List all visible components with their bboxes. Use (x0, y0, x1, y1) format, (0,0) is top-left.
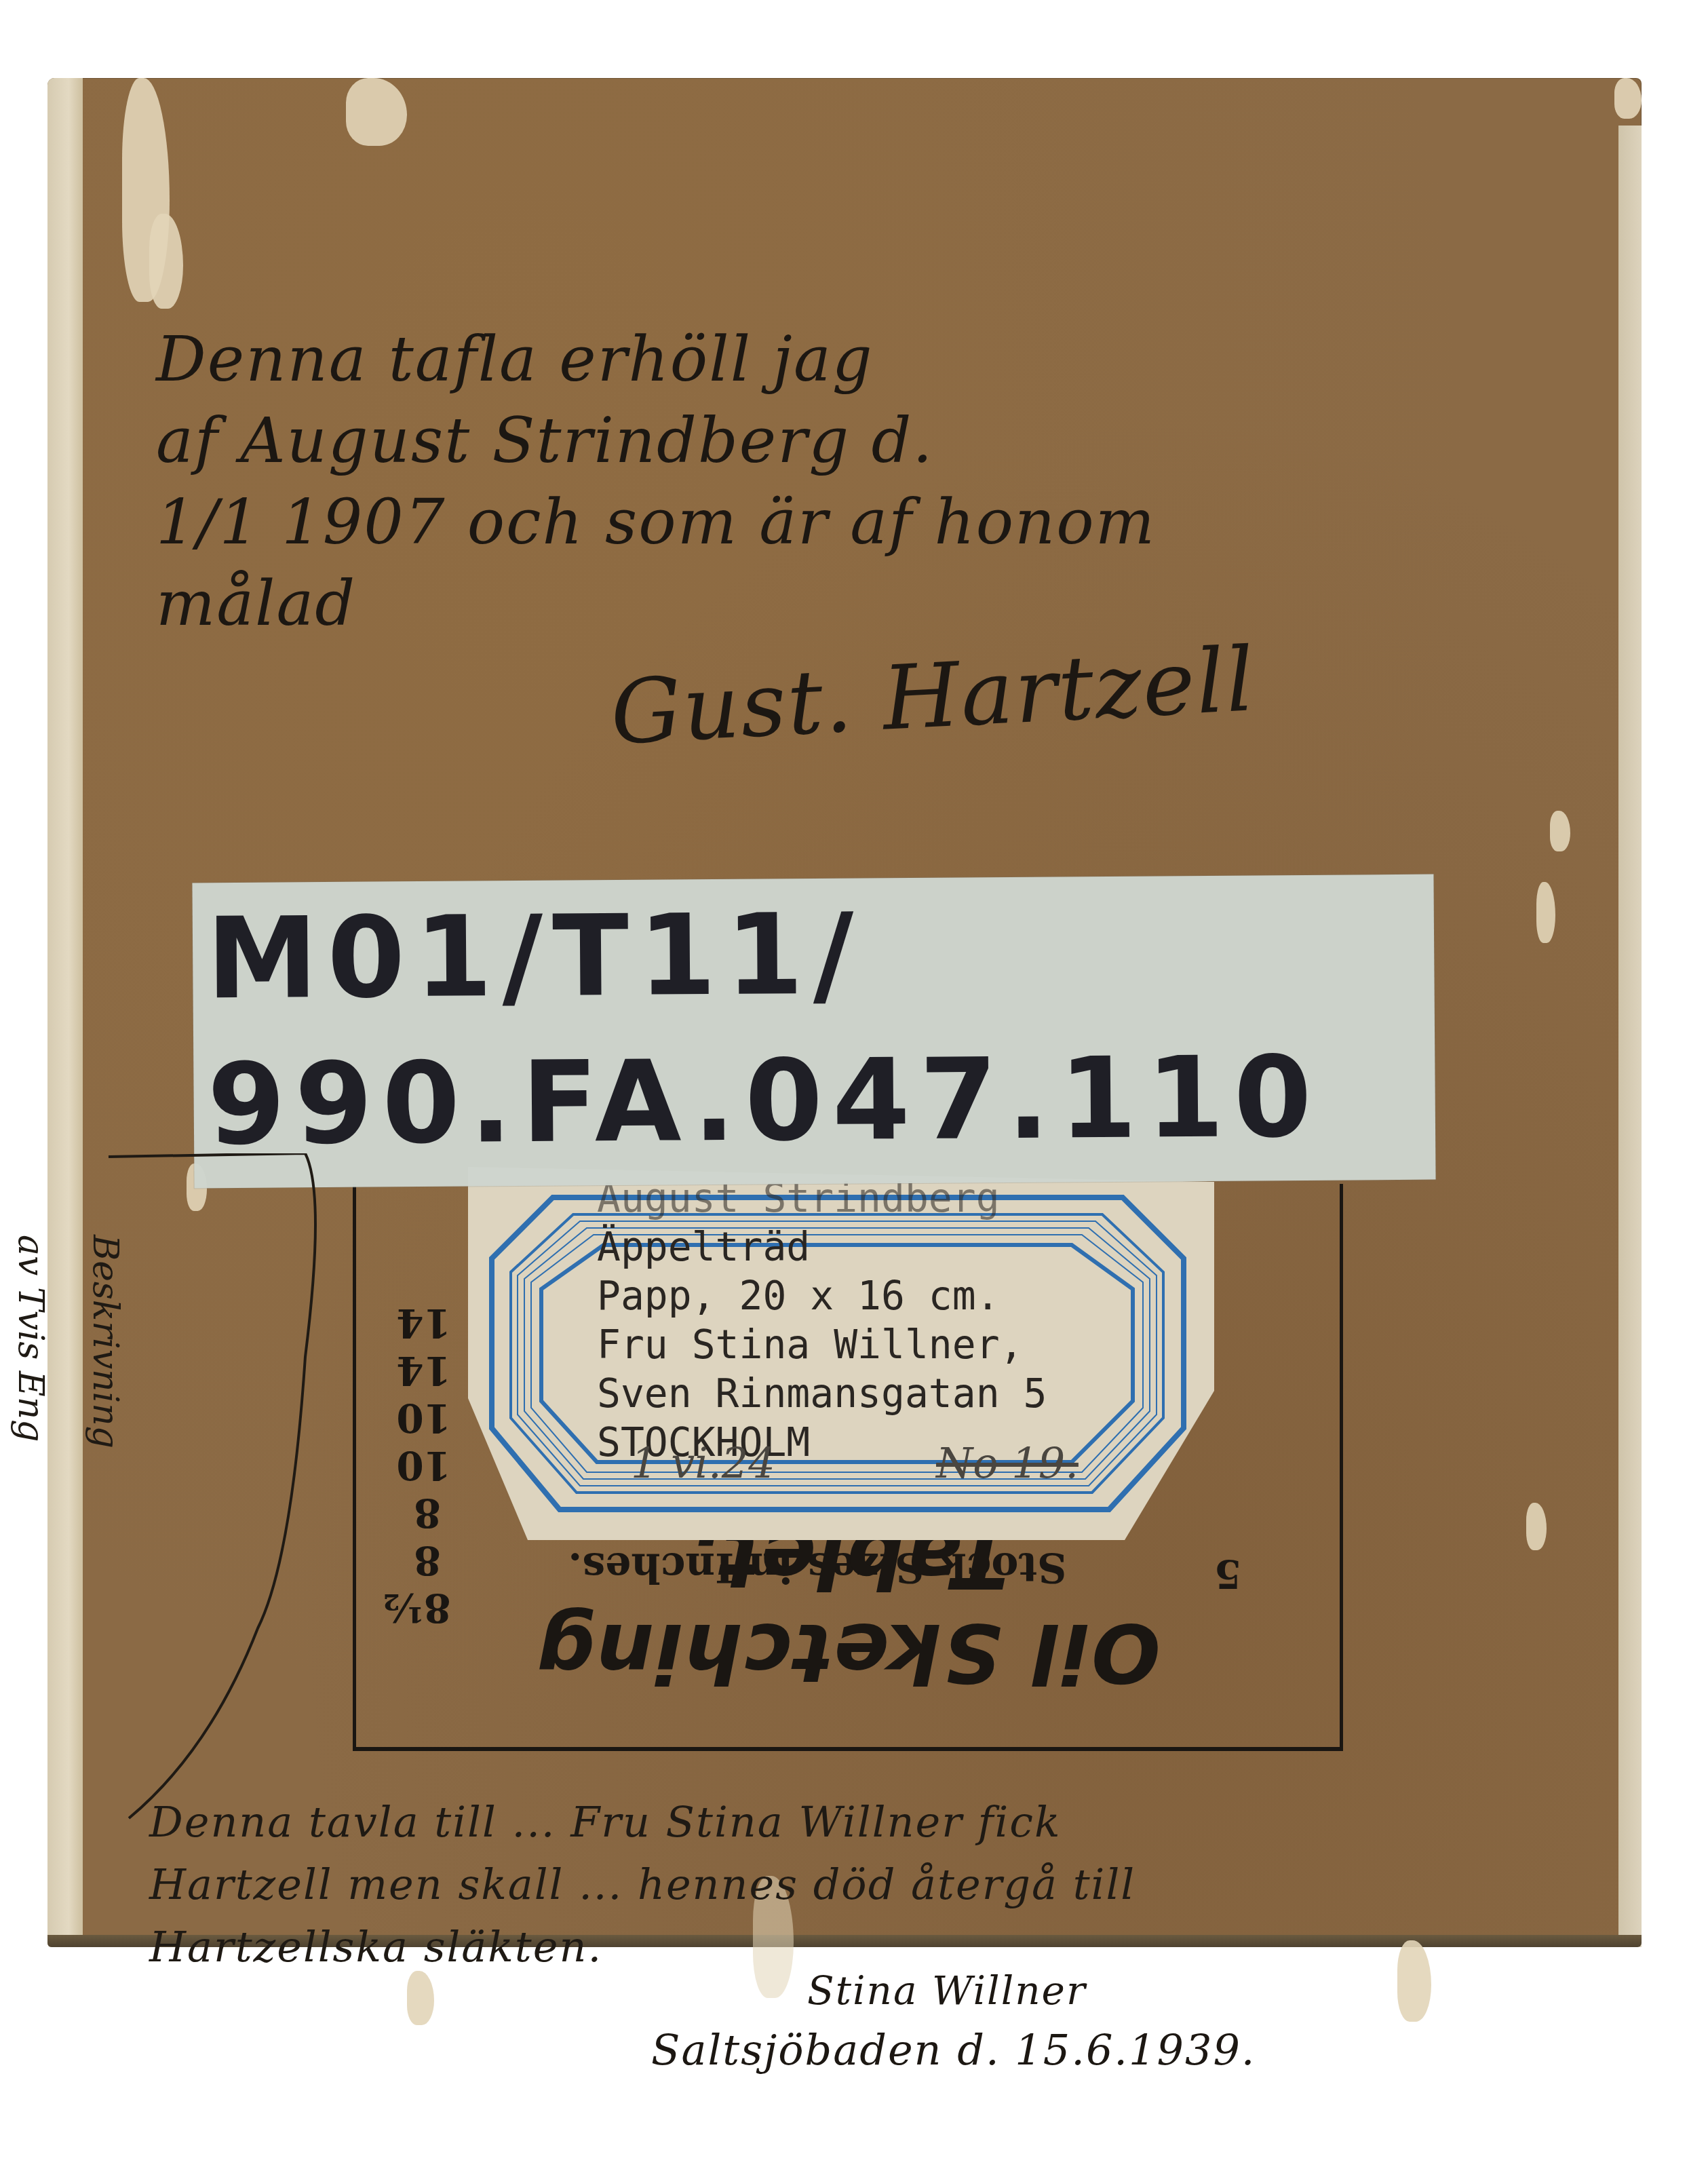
label-line: Sven Rinmansgatan 5 (597, 1369, 1047, 1418)
inscription-line: 1/1 1907 och som är af honom (156, 482, 1156, 563)
wear-spot (1397, 1940, 1431, 2022)
board-left-edge (47, 78, 83, 1947)
size-value: 14 (404, 1299, 451, 1347)
wear-spot (1550, 811, 1570, 851)
size-value: 10 (404, 1442, 451, 1489)
catalogue-label: August Strindberg Äppelträd Papp, 20 x 1… (468, 1167, 1214, 1540)
label-typed-text: August Strindberg Äppelträd Papp, 20 x 1… (597, 1174, 1047, 1467)
wear-spot (1614, 78, 1642, 119)
pencil-number: No 19. (936, 1438, 1079, 1488)
wear-spot (1526, 1503, 1547, 1550)
size-value: 10 (404, 1394, 451, 1442)
inventory-tape-label: M01/T11/ 990.FA.047.110 (192, 875, 1435, 1189)
wear-spot (407, 1971, 434, 2025)
inventory-code-line-1: M01/T11/ (206, 898, 864, 1015)
margin-bracket-line-icon (102, 1153, 319, 1832)
size-value: 14 (404, 1347, 451, 1394)
label-line: Papp, 20 x 16 cm. (597, 1271, 1047, 1320)
bottom-inscription: Denna tavla till ... Fru Stina Willner f… (149, 1791, 1136, 1978)
board-right-edge (1618, 126, 1642, 1947)
inscription-line: af August Strindberg d. (156, 400, 1156, 482)
inscription-line: målad (156, 563, 1156, 645)
inventory-code-line-2: 990.FA.047.110 (207, 1041, 1321, 1161)
margin-note-line: av Tvis Eng (0, 1235, 68, 1448)
inscription-line: Hartzell men skall ... hennes död återgå… (149, 1853, 1136, 1916)
label-line: Äppelträd (597, 1223, 1047, 1271)
wear-spot (1536, 882, 1555, 943)
label-line: Fru Stina Willner, (597, 1320, 1047, 1369)
signature-willner: Stina Willner (807, 1967, 1087, 2014)
inscription-line: Denna tavla till ... Fru Stina Willner f… (149, 1791, 1136, 1853)
inscription-line: Denna tafla erhöll jag (156, 319, 1156, 400)
pencil-date: 1 vi.24 (631, 1438, 775, 1488)
wear-spot (149, 214, 183, 309)
place-and-date: Saltsjöbaden d. 15.6.1939. (651, 2025, 1256, 2075)
wear-spot (346, 78, 407, 146)
top-inscription: Denna tafla erhöll jag af August Strindb… (156, 319, 1156, 645)
